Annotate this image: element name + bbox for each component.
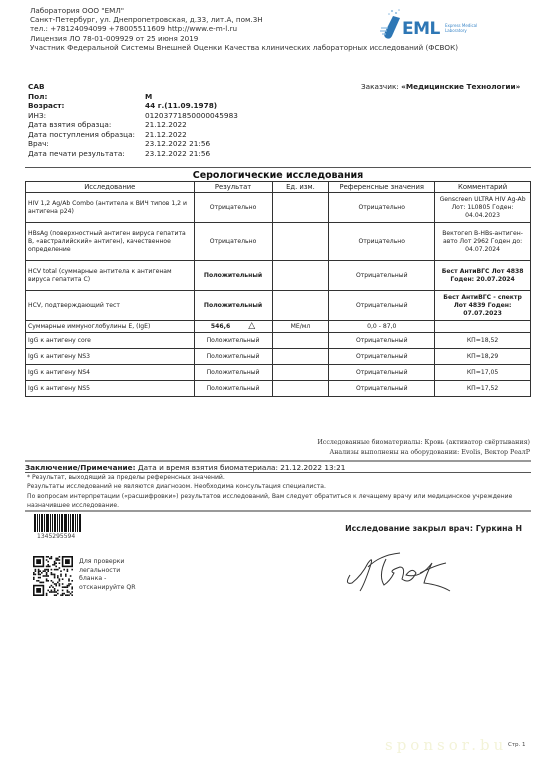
col-header-unit: Ед. изм. xyxy=(272,182,329,193)
note-out-of-range: * Результат, выходящий за пределы рефере… xyxy=(27,473,527,482)
field-label: ИНЗ: xyxy=(28,111,145,121)
cell-comment: Бест АнтиВГС Лот 4838 Годен: 20.07.2024 xyxy=(435,261,531,291)
cell-reference: Отрицательный xyxy=(329,261,435,291)
conclusion: Заключение/Примечание: Дата и время взят… xyxy=(25,463,345,472)
cell-comment: Вектогеп В-HBs-антиген-авто Лот 2962 Год… xyxy=(435,223,531,261)
cell-unit xyxy=(272,291,329,321)
qr-instructions: Для проверки легальности бланка - отскан… xyxy=(79,558,136,592)
cell-result: Положительный xyxy=(194,333,272,349)
result-value: Положительный xyxy=(207,385,260,392)
field-label: Дата поступления образца: xyxy=(28,130,145,140)
lab-fsvok: Участник Федеральной Системы Внешней Оце… xyxy=(30,43,470,52)
field-value: 21.12.2022 xyxy=(145,130,187,140)
out-of-range-flag-icon: △ xyxy=(248,322,255,330)
patient-name: САВ xyxy=(28,82,258,92)
cell-comment: КП=17,52 xyxy=(435,381,531,397)
biomaterial-info: Исследованные биоматериалы: Кровь (актив… xyxy=(317,438,530,458)
table-row: HIV 1,2 Ag/Ab Combo (антитела к ВИЧ типо… xyxy=(26,193,531,223)
cell-test: Суммарные иммуноглобулины Е, (IgE) xyxy=(26,321,195,333)
col-header-test: Исследование xyxy=(26,182,195,193)
patient-field: Врач:23.12.2022 21:56 xyxy=(28,139,258,149)
table-row: HCV total (суммарные антитела к антигена… xyxy=(26,261,531,291)
col-header-reference: Референсные значения xyxy=(329,182,435,193)
field-value: М xyxy=(145,92,152,102)
field-value: 44 г.(11.09.1978) xyxy=(145,101,217,111)
divider xyxy=(25,167,531,168)
logo-text: EML xyxy=(402,19,440,39)
result-value: Положительный xyxy=(204,302,262,309)
cell-reference: Отрицательный xyxy=(329,349,435,365)
cell-reference: Отрицательный xyxy=(329,365,435,381)
biomaterial: Исследованные биоматериалы: Кровь (актив… xyxy=(317,438,530,448)
table-row: IgG к антигену NS3ПоложительныйОтрицател… xyxy=(26,349,531,365)
cell-test: IgG к антигену NS4 xyxy=(26,365,195,381)
cell-reference: Отрицательно xyxy=(329,193,435,223)
field-label: Дата печати результата: xyxy=(28,149,145,159)
cell-comment: КП=17,05 xyxy=(435,365,531,381)
cell-result: Положительный xyxy=(194,291,272,321)
equipment: Анализы выполнены на оборудовании: Evoli… xyxy=(317,448,530,458)
conclusion-label: Заключение/Примечание: xyxy=(25,463,136,472)
cell-result: Положительный xyxy=(194,381,272,397)
result-value: 546,6 xyxy=(211,323,230,330)
field-value: 23.12.2022 21:56 xyxy=(145,149,210,159)
field-label: Возраст: xyxy=(28,101,145,111)
col-header-comment: Комментарий xyxy=(435,182,531,193)
cell-unit: МЕ/мл xyxy=(272,321,329,333)
field-label: Врач: xyxy=(28,139,145,149)
cell-comment: Genscreen ULTRA HIV Ag-Ab Лот: 1L0805 Го… xyxy=(435,193,531,223)
patient-field: ИНЗ:01203771850000045983 xyxy=(28,111,258,121)
table-row: IgG к антигену NS4ПоложительныйОтрицател… xyxy=(26,365,531,381)
field-value: 21.12.2022 xyxy=(145,120,187,130)
barcode xyxy=(34,514,90,532)
logo-subtitle: Express Medical Laboratory xyxy=(445,23,477,33)
result-value: Положительный xyxy=(207,337,260,344)
patient-field: Дата взятия образца:21.12.2022 xyxy=(28,120,258,130)
result-value: Положительный xyxy=(207,369,260,376)
customer-label: Заказчик: xyxy=(361,82,399,91)
cell-unit xyxy=(272,223,329,261)
cell-unit xyxy=(272,349,329,365)
table-row: HCV, подтверждающий тестПоложительныйОтр… xyxy=(26,291,531,321)
cell-test: IgG к антигену NS5 xyxy=(26,381,195,397)
cell-result: Отрицательно xyxy=(194,223,272,261)
table-row: HBsAg (поверхностный антиген вируса гепа… xyxy=(26,223,531,261)
table-header-row: Исследование Результат Ед. изм. Референс… xyxy=(26,182,531,193)
field-value: 01203771850000045983 xyxy=(145,111,238,121)
result-value: Отрицательно xyxy=(210,238,257,245)
cell-test: HCV total (суммарные антитела к антигена… xyxy=(26,261,195,291)
cell-result: 546,6△ xyxy=(194,321,272,333)
barcode-number: 1345295594 xyxy=(37,533,75,540)
patient-field: Дата поступления образца:21.12.2022 xyxy=(28,130,258,140)
eml-logo: EML Express Medical Laboratory xyxy=(378,8,478,42)
cell-reference: Отрицательный xyxy=(329,381,435,397)
cell-unit xyxy=(272,365,329,381)
field-label: Пол: xyxy=(28,92,145,102)
patient-field: Дата печати результата:23.12.2022 21:56 xyxy=(28,149,258,159)
cell-reference: Отрицательный xyxy=(329,291,435,321)
table-row: IgG к антигену NS5ПоложительныйОтрицател… xyxy=(26,381,531,397)
cell-test: HBsAg (поверхностный антиген вируса гепа… xyxy=(26,223,195,261)
qr-code[interactable] xyxy=(33,556,73,596)
cell-result: Отрицательно xyxy=(194,193,272,223)
patient-field: Возраст: 44 г.(11.09.1978) xyxy=(28,101,258,111)
cell-reference: Отрицательный xyxy=(329,333,435,349)
section-title: Серологические исследования xyxy=(25,170,531,181)
col-header-result: Результат xyxy=(194,182,272,193)
note-interpretation: По вопросам интерпретации («расшифровки»… xyxy=(27,492,527,511)
results-table: Исследование Результат Ед. изм. Референс… xyxy=(25,181,531,397)
patient-info: САВ Пол:МВозраст: 44 г.(11.09.1978)ИНЗ:0… xyxy=(28,82,258,158)
cell-result: Положительный xyxy=(194,261,272,291)
result-value: Положительный xyxy=(204,272,262,279)
cell-comment: КП=18,29 xyxy=(435,349,531,365)
cell-comment: КП=18,52 xyxy=(435,333,531,349)
cell-test: IgG к антигену core xyxy=(26,333,195,349)
result-value: Положительный xyxy=(207,353,260,360)
customer-name: «Медицинские Технологии» xyxy=(401,82,520,91)
watermark: sponsor.bu xyxy=(385,736,507,754)
cell-unit xyxy=(272,381,329,397)
closed-by-doctor: Исследование закрыл врач: Гуркина Н xyxy=(345,524,522,533)
cell-result: Положительный xyxy=(194,349,272,365)
divider xyxy=(25,460,531,462)
patient-field: Пол:М xyxy=(28,92,258,102)
cell-comment: Бест АнтиВГС - спектр Лот 4839 Годен: 07… xyxy=(435,291,531,321)
cell-result: Положительный xyxy=(194,365,272,381)
divider xyxy=(25,510,531,512)
cell-reference: 0,0 - 87,0 xyxy=(329,321,435,333)
cell-unit xyxy=(272,261,329,291)
cell-test: HIV 1,2 Ag/Ab Combo (антитела к ВИЧ типо… xyxy=(26,193,195,223)
cell-test: HCV, подтверждающий тест xyxy=(26,291,195,321)
notes: * Результат, выходящий за пределы рефере… xyxy=(27,473,527,510)
result-value: Отрицательно xyxy=(210,204,257,211)
cell-comment xyxy=(435,321,531,333)
field-value: 23.12.2022 21:56 xyxy=(145,139,210,149)
doctor-signature xyxy=(340,545,480,595)
table-row: IgG к антигену coreПоложительныйОтрицате… xyxy=(26,333,531,349)
customer: Заказчик: «Медицинские Технологии» xyxy=(361,82,520,91)
table-row: Суммарные иммуноглобулины Е, (IgE)546,6△… xyxy=(26,321,531,333)
note-not-diagnosis: Результаты исследований не являются диаг… xyxy=(27,482,527,491)
cell-reference: Отрицательно xyxy=(329,223,435,261)
cell-unit xyxy=(272,193,329,223)
cell-test: IgG к антигену NS3 xyxy=(26,349,195,365)
page-number: Стр. 1 xyxy=(508,742,526,748)
field-label: Дата взятия образца: xyxy=(28,120,145,130)
cell-unit xyxy=(272,333,329,349)
conclusion-text: Дата и время взятия биоматериала: 21.12.… xyxy=(138,463,346,472)
